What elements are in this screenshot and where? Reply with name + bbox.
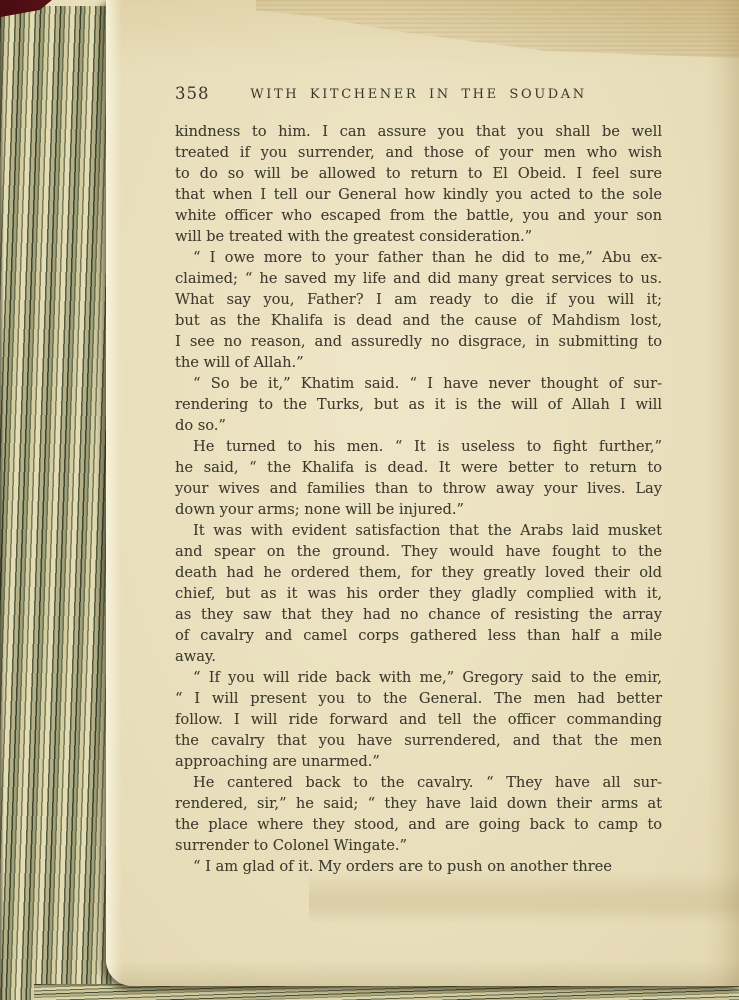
- text-line: white officer who escaped from the battl…: [175, 205, 662, 226]
- running-title: WITH KITCHENER IN THE SOUDAN: [250, 87, 587, 102]
- page-wear-band: [309, 872, 739, 924]
- running-head: 358 WITH KITCHENER IN THE SOUDAN: [175, 84, 662, 104]
- text-line: “ I will present you to the General. The…: [175, 688, 662, 709]
- text-line: the place where they stood, and are goin…: [175, 814, 662, 835]
- text-line: rendering to the Turks, but as it is the…: [175, 394, 662, 415]
- text-line: surrender to Colonel Wingate.”: [175, 835, 662, 856]
- text-line: that when I tell our General how kindly …: [175, 184, 662, 205]
- paragraph: He cantered back to the cavalry. “ They …: [175, 772, 662, 856]
- text-line: your wives and families than to throw aw…: [175, 478, 662, 499]
- text-line: kindness to him. I can assure you that y…: [175, 121, 662, 142]
- text-line: He cantered back to the cavalry. “ They …: [175, 772, 662, 793]
- paragraph: “ I owe more to your father than he did …: [175, 247, 662, 373]
- text-line: treated if you surrender, and those of y…: [175, 142, 662, 163]
- text-line: “ So be it,” Khatim said. “ I have never…: [175, 373, 662, 394]
- page-number: 358: [175, 84, 210, 103]
- text-line: approaching are unarmed.”: [175, 751, 662, 772]
- page-block-top-edge: [256, 0, 739, 58]
- text-line: claimed; “ he saved my life and did many…: [175, 268, 662, 289]
- book-page-edges-left: [0, 6, 112, 1000]
- text-line: and spear on the ground. They would have…: [175, 541, 662, 562]
- text-line: rendered, sir,” he said; “ they have lai…: [175, 793, 662, 814]
- text-line: he said, “ the Khalifa is dead. It were …: [175, 457, 662, 478]
- paragraph: kindness to him. I can assure you that y…: [175, 121, 662, 247]
- text-line: What say you, Father? I am ready to die …: [175, 289, 662, 310]
- text-line: “ I owe more to your father than he did …: [175, 247, 662, 268]
- book-photo: 358 WITH KITCHENER IN THE SOUDAN kindnes…: [0, 0, 739, 1000]
- text-line: of cavalry and camel corps gathered less…: [175, 625, 662, 646]
- text-line: the cavalry that you have surrendered, a…: [175, 730, 662, 751]
- text-line: as they saw that they had no chance of r…: [175, 604, 662, 625]
- text-line: but as the Khalifa is dead and the cause…: [175, 310, 662, 331]
- text-line: down your arms; none will be injured.”: [175, 499, 662, 520]
- book-page-edges-bottom: [34, 984, 739, 1000]
- text-block: kindness to him. I can assure you that y…: [175, 121, 662, 877]
- text-line: “ I am glad of it. My orders are to push…: [175, 856, 662, 877]
- text-line: will be treated with the greatest consid…: [175, 226, 662, 247]
- text-line: to do so will be allowed to return to El…: [175, 163, 662, 184]
- text-line: follow. I will ride forward and tell the…: [175, 709, 662, 730]
- paragraph: It was with evident satisfaction that th…: [175, 520, 662, 667]
- text-line: It was with evident satisfaction that th…: [175, 520, 662, 541]
- text-line: do so.”: [175, 415, 662, 436]
- text-line: He turned to his men. “ It is useless to…: [175, 436, 662, 457]
- text-line: chief, but as it was his order they glad…: [175, 583, 662, 604]
- text-line: death had he ordered them, for they grea…: [175, 562, 662, 583]
- paragraph: “ I am glad of it. My orders are to push…: [175, 856, 662, 877]
- text-line: the will of Allah.”: [175, 352, 662, 373]
- paragraph: “ So be it,” Khatim said. “ I have never…: [175, 373, 662, 436]
- paragraph: “ If you will ride back with me,” Gregor…: [175, 667, 662, 772]
- text-line: away.: [175, 646, 662, 667]
- paragraph: He turned to his men. “ It is useless to…: [175, 436, 662, 520]
- text-line: “ If you will ride back with me,” Gregor…: [175, 667, 662, 688]
- text-line: I see no reason, and assuredly no disgra…: [175, 331, 662, 352]
